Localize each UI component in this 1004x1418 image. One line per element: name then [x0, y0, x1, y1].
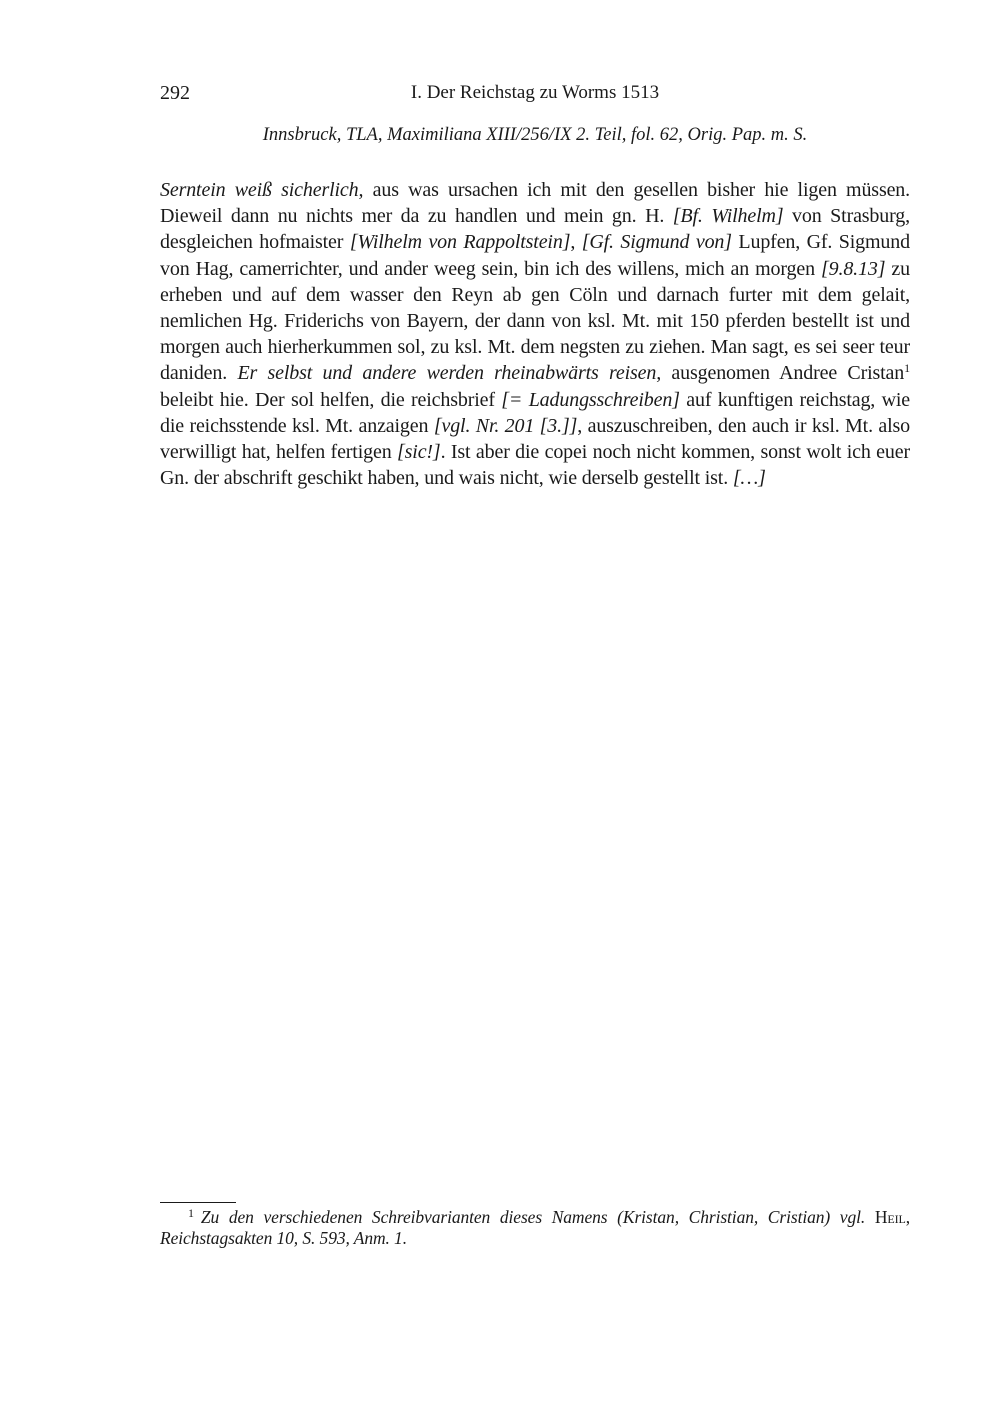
- body-segment: [Bf. Wilhelm]: [673, 205, 784, 227]
- document-page: 292 I. Der Reichstag zu Worms 1513 Innsb…: [160, 0, 910, 1418]
- body-segment: [vgl. Nr. 201 [3.]]: [434, 415, 577, 437]
- footnote-1: 1Zu den verschiedenen Schreibvarianten d…: [160, 1207, 910, 1249]
- footnote-text: Zu den verschiedenen Schreibvarianten di…: [160, 1207, 910, 1248]
- archival-source-line: Innsbruck, TLA, Maximiliana XIII/256/IX …: [160, 122, 910, 148]
- footnote-divider: [160, 1202, 236, 1203]
- footnote-segment: Zu den verschiedenen Schreibvarianten di…: [201, 1207, 875, 1227]
- body-segment: […]: [733, 467, 766, 489]
- body-segment: [= Ladungsschreiben]: [501, 389, 680, 411]
- footnote-reference: 1: [904, 361, 910, 375]
- footnote-segment: Heil: [875, 1207, 906, 1227]
- body-segment: [sic!]: [397, 441, 441, 463]
- running-head: 292 I. Der Reichstag zu Worms 1513: [160, 80, 910, 106]
- footnote-segment: ,: [906, 1207, 910, 1227]
- body-segment: ausgenomen Andree Cristan: [661, 362, 904, 384]
- body-segment: [Wilhelm von Rappoltstein]: [350, 231, 571, 253]
- body-segment: beleibt hie. Der sol helfen, die reichsb…: [160, 389, 501, 411]
- body-segment: ,: [570, 231, 581, 253]
- footnote-segment: Reichstagsakten 10, S. 593, Anm. 1.: [160, 1228, 407, 1248]
- body-segment: [9.8.13]: [821, 258, 885, 280]
- running-title: I. Der Reichstag zu Worms 1513: [160, 80, 910, 106]
- body-segment: [Gf. Sigmund von]: [582, 231, 732, 253]
- body-segment: Er selbst und andere werden rheinabwärts…: [237, 362, 661, 384]
- body-segment: Serntein weiß sicherlich,: [160, 179, 363, 201]
- body-paragraph: Serntein weiß sicherlich, aus was ursach…: [160, 177, 910, 491]
